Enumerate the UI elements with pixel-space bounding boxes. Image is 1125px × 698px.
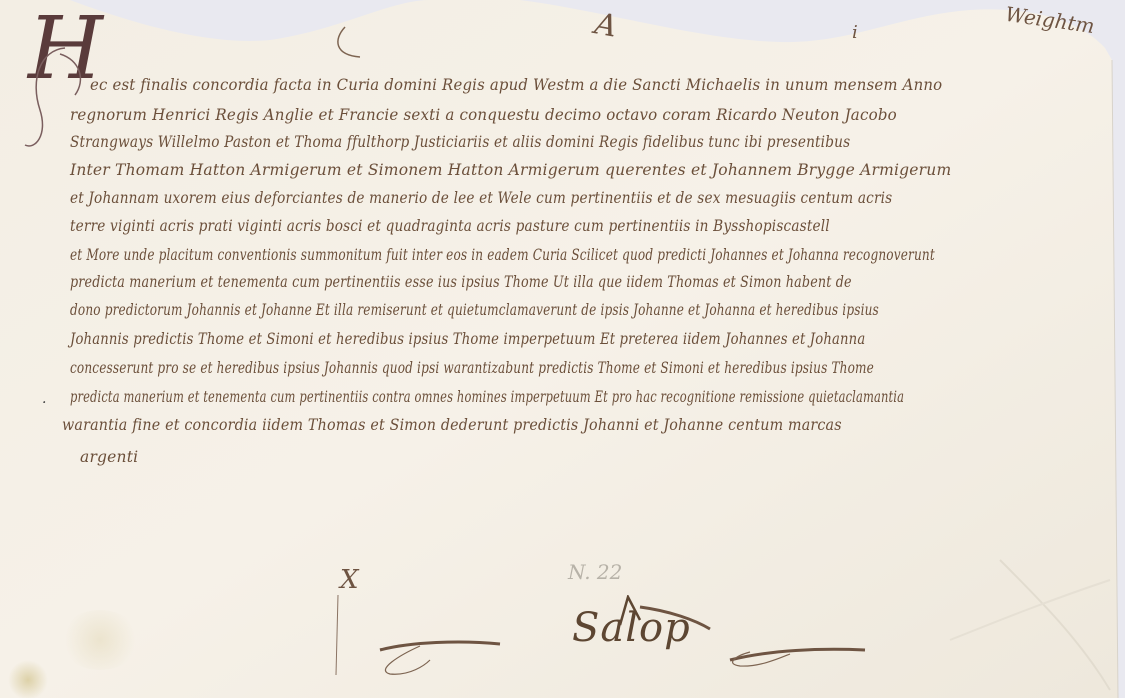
parchment-sheet [0,0,1125,698]
text-line-12: predicta manerium et tenementa cum perti… [70,388,904,406]
text-line-13: warantia fine et concordia iidem Thomas … [62,416,842,434]
pencil-number: N. 22 [568,560,622,584]
endorsement-flourish-top [610,595,720,635]
text-line-2: regnorum Henrici Regis Anglie et Francie… [70,106,897,124]
text-line-1: ec est finalis concordia facta in Curia … [90,76,942,94]
text-line-11: concesserunt pro se et heredibus ipsius … [70,359,874,377]
text-line-8: predicta manerium et tenementa cum perti… [70,273,852,291]
top-right-small-mark: i [852,22,858,43]
text-line-7: et More unde placitum conventionis summo… [70,246,935,264]
text-line-5: et Johannam uxorem eius deforciantes de … [70,189,892,207]
endorsement-flourish-right [720,640,870,680]
text-line-10: Johannis predictis Thome et Simoni et he… [70,330,865,348]
stain [60,610,140,670]
parchment-shape [0,0,1125,698]
text-line-6: terre viginti acris prati viginti acris … [70,217,830,235]
top-flourish [325,25,365,65]
cross-stroke [330,590,360,680]
stain [8,660,48,698]
endorsement-flourish-left [370,630,510,680]
margin-dot: · [42,395,46,411]
text-line-3: Strangways Willelmo Paston et Thoma fful… [70,133,850,151]
text-line-4: Inter Thomam Hatton Armigerum et Simonem… [70,161,951,179]
text-line-9: dono predictorum Johannis et Johanne Et … [70,301,879,319]
text-line-14: argenti [80,448,138,466]
